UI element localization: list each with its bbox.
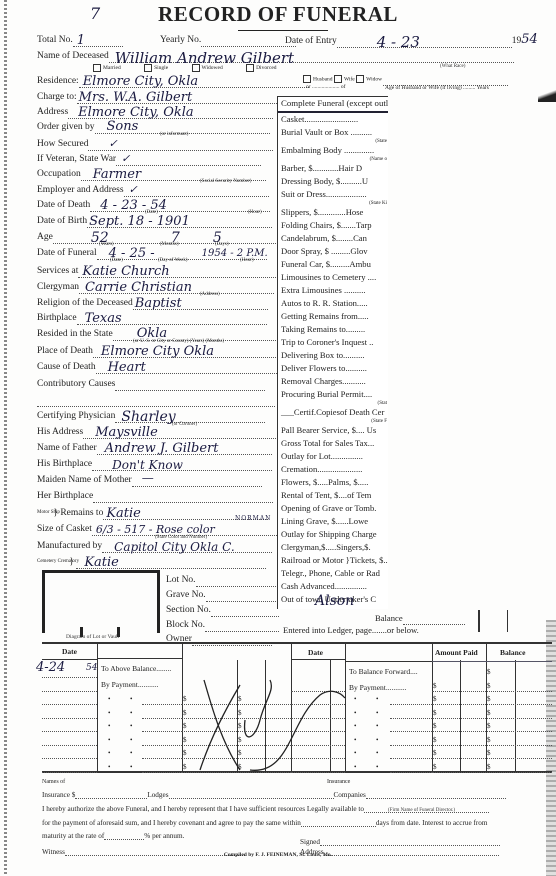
- ledger-dotted-line: [142, 730, 182, 732]
- ledger-dotted-line: [432, 690, 552, 692]
- ledger-dollar: $: [487, 695, 491, 703]
- charge-item[interactable]: Rental of Tent, $....of Tem: [278, 489, 388, 502]
- grave-no-field[interactable]: Grave No.: [166, 588, 278, 602]
- ledger-column-line: [345, 644, 346, 771]
- charge-to-field[interactable]: Charge to:Mrs. W.A. Gilbert: [37, 90, 277, 104]
- widow-checkbox[interactable]: [356, 75, 364, 83]
- charge-item[interactable]: Autos to R. R. Station.....: [278, 297, 388, 310]
- ledger-dotted-line: [142, 757, 182, 759]
- residence-field[interactable]: Residence:Elmore City, Okla: [37, 74, 309, 88]
- balance-col-divider-2: [507, 610, 508, 632]
- charge-item[interactable]: Lining Grave, $......Lowe: [278, 515, 388, 528]
- ledger-dotted-line: [42, 730, 97, 732]
- ledger-dotted-line: [390, 703, 432, 705]
- ledger-bullet: •: [354, 722, 356, 730]
- ledger-dollar: $: [433, 736, 437, 744]
- ledger-bullet: •: [376, 695, 378, 703]
- ledger-first-date: 4-24: [36, 660, 65, 675]
- charge-item[interactable]: Delivering Box to..........: [278, 349, 388, 362]
- charge-item[interactable]: Embalming Body ..............: [278, 144, 388, 157]
- clergyman-field[interactable]: ClergymanCarrie Christian: [37, 280, 274, 294]
- ledger-dollar: $: [487, 722, 491, 730]
- age-spouse-line: Age of Husband or Wife (if living) .....…: [385, 85, 489, 91]
- ledger-dollar: $: [433, 709, 437, 717]
- ledger-bullet: •: [130, 709, 132, 717]
- ledger-dollar: $: [487, 736, 491, 744]
- ledger-dotted-line: [142, 703, 182, 705]
- ledger-dollar: $: [487, 749, 491, 757]
- veteran-field[interactable]: If Veteran, State War✓: [37, 152, 261, 166]
- ledger-bullet: •: [130, 722, 132, 730]
- spouse-checkboxes[interactable]: Husband Wife Widow: [303, 75, 382, 83]
- charge-item[interactable]: Outlay for Shipping Charge: [278, 528, 388, 541]
- employer-field[interactable]: Employer and Address✓: [37, 183, 269, 197]
- interest-row[interactable]: maturity at the rate of% per annum.: [42, 828, 184, 840]
- ledger-header-rule: [345, 661, 432, 662]
- spouse-name-line[interactable]: [383, 72, 508, 86]
- services-at-field[interactable]: Services atKatie Church: [37, 264, 278, 278]
- birthplace-field[interactable]: BirthplaceTexas: [37, 311, 267, 325]
- charge-item[interactable]: Extra Limousines ..........: [278, 284, 388, 297]
- charge-item[interactable]: Suit or Dress...................: [278, 188, 388, 201]
- ledger-dollar: $: [433, 749, 437, 757]
- charge-item[interactable]: Casket.........................: [278, 113, 388, 126]
- contributory-causes-field[interactable]: Contributory Causes: [37, 377, 265, 391]
- ledger-bullet: •: [108, 763, 110, 771]
- ledger-dotted-line: [432, 771, 552, 773]
- date-of-entry-field[interactable]: Date of Entry4 - 231954: [285, 33, 538, 47]
- section-no-field[interactable]: Section No.: [166, 603, 279, 617]
- ledger-first-year: 54: [86, 663, 97, 673]
- ledger-column-line: [460, 660, 461, 771]
- charge-item[interactable]: Clergyman,$.....Singers,$.: [278, 541, 388, 554]
- charge-item[interactable]: Cash Advanced...............: [278, 580, 388, 593]
- ledger-top-rule: [42, 642, 552, 644]
- ledger-dotted-line: [390, 730, 432, 732]
- ledger-bullet: •: [130, 749, 132, 757]
- charges-column: Complete Funeral (except outl Casket....…: [277, 96, 388, 609]
- cause-of-death-field[interactable]: Cause of DeathHeart: [37, 360, 281, 374]
- ledger-dotted-line: [432, 717, 552, 719]
- ledger-bullet: •: [376, 749, 378, 757]
- scan-right-edge: [546, 620, 556, 876]
- ledger-header-rule: [291, 659, 345, 660]
- ledger-left-date-header: Date: [62, 647, 77, 656]
- contributory-causes-line2[interactable]: [37, 393, 275, 407]
- certifying-physician-field[interactable]: Certifying PhysicianSharley: [37, 409, 265, 423]
- charge-item[interactable]: Opening of Grave or Tomb.: [278, 502, 388, 515]
- ledger-dotted-line: [42, 744, 97, 746]
- ledger-dotted-line: [432, 744, 552, 746]
- ledger-left-by-payment: By Payment...........: [101, 680, 159, 689]
- manufactured-by-field[interactable]: Manufactured byCapitol City Okla C.: [37, 539, 272, 553]
- casket-note: NORMAN: [235, 515, 271, 522]
- ledger-bullet: •: [354, 749, 356, 757]
- single-checkbox[interactable]: [144, 64, 152, 72]
- mother-birthplace-field[interactable]: Her Birthplace: [37, 489, 273, 503]
- religion-field[interactable]: Religion of the DeceasedBaptist: [37, 296, 268, 310]
- lot-no-field[interactable]: Lot No.: [166, 573, 276, 587]
- ledger-dotted-line: [390, 757, 432, 759]
- marital-status-checkboxes[interactable]: Married Single Widowed Divorced: [93, 64, 299, 72]
- charge-item[interactable]: Candelabrum, $........Can: [278, 232, 388, 245]
- ledger-dotted-line: [432, 757, 552, 759]
- ledger-dollar: $: [487, 682, 491, 690]
- block-no-field[interactable]: Block No.: [166, 618, 279, 632]
- charge-item[interactable]: Getting Remains from.....: [278, 310, 388, 323]
- payment-terms-row[interactable]: for the payment of aforesaid sum, and I …: [42, 815, 487, 827]
- ledger-bullet: •: [354, 736, 356, 744]
- ledger-dotted-line: [42, 717, 97, 719]
- ledger-entry-field[interactable]: Entered into Ledger, page.......or below…: [283, 623, 419, 637]
- charge-item[interactable]: Removal Charges...........: [278, 375, 388, 388]
- balance-col-divider: [478, 610, 480, 632]
- cemetery-field[interactable]: Cemetery Crematory } Katie: [37, 555, 266, 569]
- ledger-bullet: •: [108, 736, 110, 744]
- ledger-dotted-line: [42, 757, 97, 759]
- father-name-field[interactable]: Name of FatherAndrew J. Gilbert: [37, 441, 272, 455]
- funeral-director-sub: (Firm Name of Funeral Director.): [388, 808, 455, 813]
- charge-item[interactable]: Trip to Coroner's Inquest ..: [278, 336, 388, 349]
- spouse-of-line: or .................... of: [306, 84, 345, 90]
- charge-item[interactable]: Limousines to Cemetery ....: [278, 271, 388, 284]
- husband-checkbox[interactable]: [303, 75, 311, 83]
- married-checkbox[interactable]: [93, 64, 101, 72]
- charge-item[interactable]: Slippers, $.............Hose: [278, 206, 388, 219]
- yearly-no-field[interactable]: Yearly No.: [160, 33, 296, 47]
- charge-item[interactable]: Taking Remains to.........: [278, 323, 388, 336]
- charges-header: Complete Funeral (except outl: [278, 97, 388, 113]
- title-underline: [238, 30, 328, 31]
- mother-maiden-name-field[interactable]: Maiden Name of Mother—: [37, 473, 262, 487]
- charge-item[interactable]: Burial Vault or Box ..........: [278, 126, 388, 139]
- charge-item[interactable]: Barber, $............Hair D: [278, 162, 388, 175]
- ledger-right-by-payment: By Payment...........: [349, 683, 407, 692]
- ledger-bullet: •: [354, 695, 356, 703]
- ledger-bullet: •: [354, 763, 356, 771]
- ledger-dotted-line: [142, 771, 182, 773]
- companies-label-top: Insurance: [327, 779, 350, 785]
- ledger-amount-paid-header: Amount Paid: [435, 648, 478, 657]
- ledger-bullet: •: [108, 695, 110, 703]
- ledger-to-above-balance: To Above Balance........: [101, 664, 171, 673]
- charge-item[interactable]: ___Certif.Copiesof Death Cer: [278, 406, 388, 419]
- charge-item[interactable]: Door Spray, $ .........Glov: [278, 245, 388, 258]
- ledger-to-balance-forward: To Balance Forward....: [349, 667, 418, 676]
- ledger-bullet: •: [130, 763, 132, 771]
- lot-diagram-box[interactable]: [42, 570, 160, 633]
- charge-item[interactable]: Outlay for Lot...............: [278, 450, 388, 463]
- casket-size-field[interactable]: Size of Casket6/3 - 517 - Rose color: [37, 522, 277, 536]
- ledger-right-date-header: Date: [308, 648, 323, 657]
- address-field[interactable]: AddressElmore City, Okla: [37, 105, 273, 119]
- deceased-name-field[interactable]: Name of DeceasedWilliam Andrew Gilbert: [37, 49, 514, 63]
- ledger-bullet: •: [130, 695, 132, 703]
- total-no-field[interactable]: Total No.1: [37, 33, 123, 47]
- funeral-hour-sub: (Hour): [240, 258, 254, 263]
- ledger-bullet: •: [376, 709, 378, 717]
- ledger-bullet: •: [108, 709, 110, 717]
- scan-left-edge: [4, 0, 7, 876]
- ledger-dotted-line: [390, 717, 432, 719]
- ledger-dotted-line: [432, 730, 552, 732]
- ledger-dollar: $: [433, 695, 437, 703]
- ledger-dollar: $: [433, 682, 437, 690]
- what-race-label: (What Race): [440, 64, 465, 69]
- charge-item[interactable]: Gross Total for Sales Tax...: [278, 437, 388, 450]
- date-of-birth-field[interactable]: Date of BirthSept. 18 - 1901: [37, 214, 272, 228]
- charge-item[interactable]: Folding Chairs, $.......Tarp: [278, 219, 388, 232]
- charges-list: Casket.........................Burial Va…: [278, 113, 388, 609]
- charge-item[interactable]: Flowers, $.....Palms, $.....: [278, 476, 388, 489]
- wife-checkbox[interactable]: [334, 75, 342, 83]
- charge-item[interactable]: Telegr., Phone, Cable or Rad: [278, 567, 388, 580]
- ledger-dotted-line: [42, 676, 97, 678]
- page-title: RECORD OF FUNERAL: [0, 2, 556, 27]
- ledger-dotted-line: [390, 744, 432, 746]
- date-of-funeral-field[interactable]: Date of Funeral4 - 25 -1954 - 2 P.M.: [37, 246, 267, 260]
- less-value: Alson: [315, 593, 354, 609]
- ledger-column-line: [515, 660, 516, 771]
- charge-item[interactable]: Deliver Flowers to..........: [278, 362, 388, 375]
- charge-item[interactable]: Procuring Burial Permit....: [278, 388, 388, 401]
- divorced-checkbox[interactable]: [246, 64, 254, 72]
- compiled-by: Compiled by F. J. FEINEMAN, St. Louis, M…: [0, 852, 556, 858]
- ledger-bullet: •: [130, 736, 132, 744]
- place-of-death-field[interactable]: Place of DeathElmore City Okla: [37, 344, 278, 358]
- ledger-dotted-line: [42, 771, 97, 773]
- lodges-label-top: Names of: [42, 779, 65, 785]
- ledger-dotted-line: [142, 744, 182, 746]
- ledger-dotted-line: [432, 703, 552, 705]
- age-field[interactable]: Age5275: [37, 230, 278, 244]
- ledger-bullet: •: [376, 736, 378, 744]
- remains-to-field[interactable]: Motor Ship } Remains toKatie: [37, 506, 268, 520]
- insurance-row[interactable]: Insurance $LodgesCompanies: [42, 787, 506, 799]
- ledger-bullet: •: [108, 749, 110, 757]
- physician-address-field[interactable]: His AddressMaysville: [37, 425, 278, 439]
- ledger-dollar: $: [487, 668, 491, 676]
- ledger-dotted-line: [390, 771, 432, 773]
- father-birthplace-field[interactable]: His BirthplaceDon't Know: [37, 457, 272, 471]
- charge-item[interactable]: Dressing Body, $..........U: [278, 175, 388, 188]
- charge-item[interactable]: Pall Bearer Service, $.... Us: [278, 424, 388, 437]
- lot-diagram-caption: Diagram of Lot or Vault: [66, 634, 119, 640]
- charge-item[interactable]: Cremation.....................: [278, 463, 388, 476]
- funeral-date-sub: (Date): [110, 258, 123, 263]
- ledger-header-rule: [97, 658, 182, 659]
- charge-item[interactable]: Funeral Car, $.........Ambu: [278, 258, 388, 271]
- ledger-balance-header: Balance: [500, 648, 525, 657]
- order-given-field[interactable]: Order given bySons: [37, 120, 270, 134]
- charge-item[interactable]: Railroad or Motor }Tickets, $.......: [278, 554, 388, 567]
- ledger-dollar: $: [487, 763, 491, 771]
- how-secured-field[interactable]: How Secured✓: [37, 137, 273, 151]
- day-of-week-sub: (Day of Week): [158, 258, 188, 263]
- handwritten-scribble: [180, 680, 340, 780]
- ledger-bullet: •: [376, 722, 378, 730]
- ledger-dotted-line: [142, 717, 182, 719]
- ledger-dollar: $: [487, 709, 491, 717]
- ledger-bullet: •: [108, 722, 110, 730]
- ledger-dollar: $: [433, 722, 437, 730]
- widowed-checkbox[interactable]: [192, 64, 200, 72]
- ledger-bullet: •: [376, 763, 378, 771]
- funeral-record-page: 7 RECORD OF FUNERAL Total No.1 Yearly No…: [0, 0, 556, 876]
- ledger-bullet: •: [354, 709, 356, 717]
- ledger-dotted-line: [42, 703, 97, 705]
- ledger-dotted-line: [42, 690, 97, 692]
- scan-shadow: [538, 88, 556, 102]
- ledger-header-rule: [432, 661, 552, 662]
- ledger-dollar: $: [433, 763, 437, 771]
